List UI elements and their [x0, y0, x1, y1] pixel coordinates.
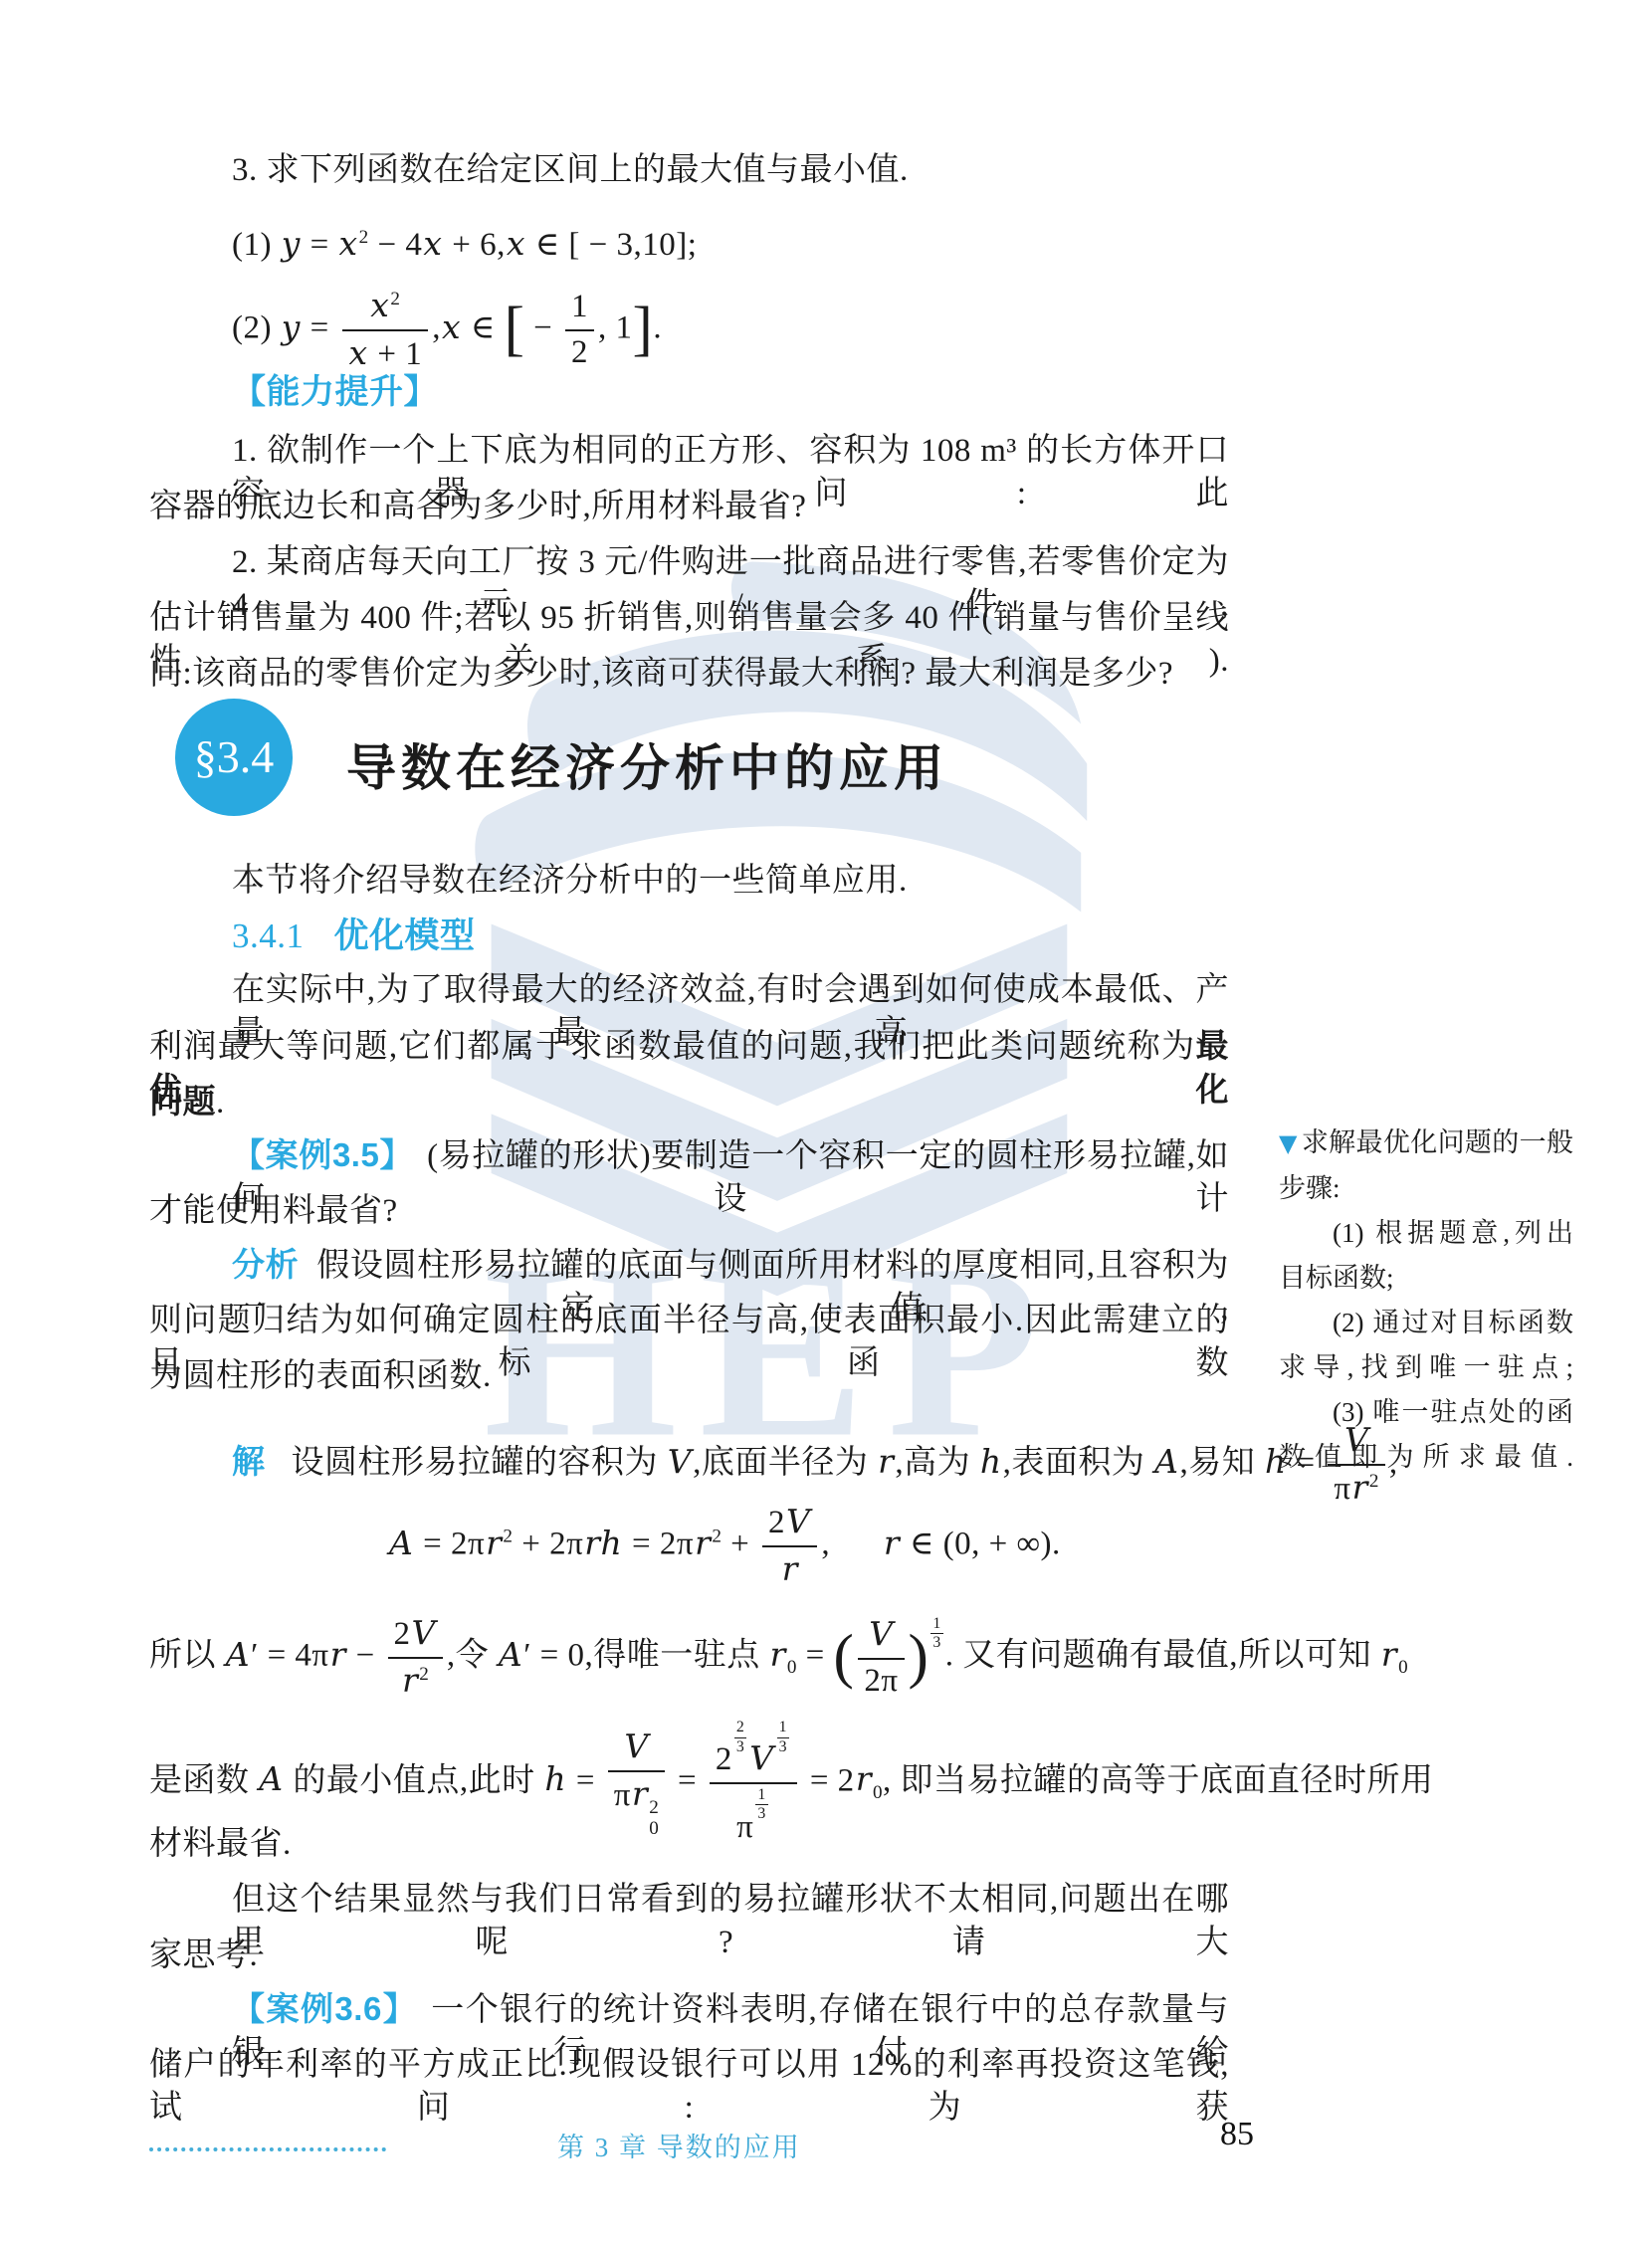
math-token: x2 — [342, 287, 429, 331]
case35-label: 【案例3.5】 — [232, 1136, 413, 1173]
math-token: − — [347, 1638, 384, 1674]
math-token: ( — [834, 1623, 855, 1690]
math-token: 2 — [565, 331, 594, 372]
math-token: ) — [909, 1623, 929, 1690]
math-token: = — [797, 1638, 834, 1674]
math-token: 2Vr2 — [388, 1614, 443, 1702]
math-token: 1 — [755, 1787, 767, 1806]
math-token: πr20 — [608, 1772, 666, 1839]
analysis-label: 分析 — [232, 1246, 299, 1283]
math-token: ′ = 4π — [251, 1638, 329, 1674]
math-token: 13 — [777, 1720, 789, 1755]
margin-note-line: (2) 通过对目标函数 — [1279, 1301, 1573, 1345]
math-token: 13 — [755, 1787, 767, 1823]
case35-line2: 才能使用料最省? — [149, 1190, 398, 1233]
math-token: A — [258, 1759, 284, 1798]
solution-formula-h: 设圆柱形易拉罐的容积为 V,底面半径为 r,高为 h,表面积为 A,易知 h =… — [292, 1445, 1398, 1481]
subsection-title: 优化模型 — [334, 917, 476, 955]
ability-problem2-line3: 问:该商品的零售价定为多少时,该商可获得最大利润? 最大利润是多少? — [149, 653, 1173, 696]
math-token: r2 — [388, 1659, 443, 1702]
math-token: . 又有问题确有最值,所以可知 — [945, 1638, 1380, 1674]
math-token: = — [567, 1762, 604, 1798]
margin-note-line: (3) 唯一驻点处的函 — [1279, 1390, 1573, 1435]
solution-line2: 所以 A′ = 4πr − 2Vr2,令 A′ = 0,得唯一驻点 r0 = (… — [149, 1614, 1408, 1702]
subsection-header: 3.4.1优化模型 — [232, 914, 476, 959]
math-token: ] — [633, 296, 654, 362]
math-token: ∈ — [462, 310, 504, 346]
footer-page-number: 85 — [1220, 2116, 1254, 2153]
para2-line2: 家思考. — [149, 1935, 258, 1977]
footer-dotted-leader — [149, 2147, 386, 2151]
problem3-equation-1: (1) y = x2 − 4x + 6,x ∈ [ − 3,10]; — [232, 223, 697, 267]
math-token: Vπr20 — [608, 1728, 666, 1839]
math-token: 的最小值点,此时 — [285, 1762, 544, 1798]
textbook-page: HEP 3. 求下列函数在给定区间上的最大值与最小值. (1) y = x2 −… — [0, 0, 1652, 2241]
math-token: + 1 — [369, 336, 423, 372]
subsection-number: 3.4.1 — [232, 917, 305, 955]
math-token: + — [722, 1527, 758, 1562]
footer-chapter-title: 第 3 章 导数的应用 — [557, 2126, 801, 2164]
math-token: V — [623, 1727, 649, 1765]
math-token: A — [498, 1635, 523, 1674]
math-token: 0 — [873, 1782, 883, 1803]
math-token: (1) — [232, 227, 281, 263]
ability-header: 【能力提升】 — [232, 370, 438, 414]
math-token: y — [281, 224, 302, 263]
para1-line3-tail: . — [216, 1085, 225, 1120]
math-token: 2 — [571, 334, 588, 370]
margin-note-line: 求导,找到唯一驻点; — [1279, 1345, 1573, 1390]
math-token: ′ = 0,得唯一驻点 — [523, 1638, 768, 1674]
section-number: §3.4 — [194, 731, 275, 782]
math-token: ∈ [ − 3,10]; — [526, 227, 697, 263]
math-token: 2 — [390, 289, 400, 309]
para1-line3: 问题. — [149, 1081, 225, 1124]
math-token: r — [769, 1635, 787, 1674]
margin-note: ▼求解最优化问题的一般 步骤: (1) 根据题意,列出 目标函数; (2) 通过… — [1279, 1120, 1573, 1480]
math-token: 2 — [716, 1741, 732, 1777]
math-token: x2x + 1 — [342, 287, 429, 374]
ability-problem1-line2: 容器的底边长和高各为多少时,所用材料最省? — [149, 486, 806, 528]
solution-display-equation: A = 2πr2 + 2πrh = 2πr2 + 2Vr,r ∈ (0, + ∞… — [388, 1503, 1061, 1590]
math-token: π — [614, 1777, 631, 1813]
triangle-marker-icon: ▼ — [1279, 1129, 1298, 1157]
math-token: 2 — [734, 1720, 746, 1738]
math-token: 2 — [419, 1664, 429, 1685]
math-token: 2V — [762, 1503, 817, 1547]
math-token: 2π — [858, 1660, 904, 1701]
solution-label: 解 — [232, 1443, 266, 1480]
math-token: r — [877, 1442, 895, 1481]
math-token: = 2 — [801, 1762, 855, 1798]
math-token: x — [369, 286, 390, 324]
section-title: 导数在经济分析中的应用 — [346, 728, 948, 800]
math-token: π — [736, 1809, 753, 1845]
margin-note-line: (1) 根据题意,列出 — [1279, 1211, 1573, 1256]
math-token: r — [883, 1524, 901, 1562]
math-token: . — [653, 310, 662, 346]
math-token: 13 — [930, 1616, 942, 1652]
math-token: 设圆柱形易拉罐的容积为 — [292, 1445, 667, 1481]
math-token: x — [338, 224, 359, 263]
math-token: 2 — [359, 227, 369, 248]
math-token: r — [1380, 1635, 1398, 1674]
solution-line1: 解设圆柱形易拉罐的容积为 V,底面半径为 r,高为 h,表面积为 A,易知 h … — [232, 1421, 1398, 1509]
math-token: V — [667, 1442, 693, 1481]
math-token: r — [329, 1635, 347, 1674]
problem3-equation-2: (2) y = x2x + 1,x ∈ [ − 12, 1]. — [232, 287, 662, 374]
content-layer: 3. 求下列函数在给定区间上的最大值与最小值. (1) y = x2 − 4x … — [0, 0, 1652, 2241]
margin-note-line: ▼求解最优化问题的一般 — [1279, 1120, 1573, 1166]
math-token: 是函数 — [149, 1762, 258, 1798]
math-token: r — [694, 1524, 712, 1562]
case36-line2: 储户的年利率的平方成正比.现假设银行可以用 12%的利率再投资这笔钱,试问:为获 — [149, 2044, 1229, 2130]
math-token: [ — [505, 296, 525, 362]
math-token: A — [1153, 1442, 1179, 1481]
math-token: ,底面半径为 — [693, 1445, 877, 1481]
math-token: , — [432, 310, 441, 346]
math-token: , 1 — [598, 310, 633, 346]
math-token: 2 — [394, 1616, 411, 1652]
solution-line3: 是函数 A 的最小值点,此时 h = Vπr20 = 223V13π13 = 2… — [149, 1720, 1434, 1847]
section-intro: 本节将介绍导数在经济分析中的一些简单应用. — [232, 860, 908, 903]
math-token: 1 — [565, 289, 594, 331]
math-token: ,易知 — [1179, 1445, 1264, 1481]
math-token: 223V13 — [710, 1720, 797, 1784]
math-token: r — [401, 1661, 419, 1700]
math-token: r — [762, 1547, 817, 1590]
para1-line2-text: 利润最大等问题,它们都属于求函数最值的问题,我们把此类问题统称为 — [149, 1029, 1196, 1065]
math-token: 2 — [503, 1527, 513, 1547]
math-token: 2 — [768, 1505, 785, 1540]
math-token: 3 — [777, 1738, 789, 1756]
math-token: , 即当易拉罐的高等于底面直径时所用 — [883, 1762, 1434, 1798]
math-token: V — [748, 1738, 774, 1777]
math-token: 2 — [649, 1798, 659, 1818]
math-token: r — [781, 1549, 799, 1588]
solution-line4: 材料最省. — [149, 1823, 292, 1866]
math-token: ,令 — [447, 1638, 498, 1674]
math-token: x — [422, 224, 443, 263]
math-token: = — [302, 310, 338, 346]
section-number-badge: §3.4 — [175, 699, 293, 816]
math-token: 1 — [930, 1616, 942, 1635]
math-token: 3 — [755, 1805, 767, 1823]
math-token: − 4 — [369, 227, 423, 263]
math-token: 23 — [734, 1720, 746, 1755]
math-token: ,高为 — [895, 1445, 979, 1481]
para1-line3-bold: 问题 — [149, 1083, 216, 1120]
math-token: V2π — [858, 1615, 904, 1701]
math-token: h — [979, 1442, 1003, 1481]
math-token: 2π — [864, 1663, 898, 1699]
math-token: = — [669, 1762, 706, 1798]
para1-line2: 利润最大等问题,它们都属于求函数最值的问题,我们把此类问题统称为最优化 — [149, 1025, 1229, 1113]
math-token: V — [858, 1615, 904, 1660]
math-token: 1 — [571, 289, 588, 324]
math-token: = 2π — [414, 1527, 485, 1562]
math-token: 所以 — [149, 1638, 225, 1674]
math-token: = — [302, 227, 338, 263]
math-token: (2) — [232, 310, 281, 346]
math-token: x — [441, 307, 462, 346]
math-token: 0 — [649, 1819, 659, 1839]
math-token: 2V — [388, 1614, 443, 1659]
math-token: ,表面积为 — [1003, 1445, 1154, 1481]
case36-label: 【案例3.6】 — [232, 1990, 417, 2027]
math-token: r — [631, 1774, 649, 1813]
math-token: ∈ (0, + ∞). — [901, 1527, 1061, 1562]
math-token: 3 — [930, 1634, 942, 1652]
math-token: , — [821, 1527, 830, 1562]
margin-note-line: 数值即为所求最值. — [1279, 1435, 1573, 1480]
math-token: 0 — [787, 1657, 797, 1678]
math-token: + 2π — [513, 1527, 583, 1562]
math-token: 1 — [777, 1720, 789, 1738]
analysis-line3: 为圆柱形的表面积函数. — [149, 1355, 492, 1398]
math-token: − — [524, 310, 561, 346]
math-token: V — [608, 1728, 666, 1772]
math-token: x — [348, 333, 369, 372]
margin-note-text-0: 求解最优化问题的一般 — [1302, 1127, 1573, 1157]
math-token: 0 — [1398, 1657, 1408, 1678]
math-token: 12 — [565, 289, 594, 372]
math-token: π13 — [710, 1784, 797, 1847]
math-token: 223V13π13 — [710, 1720, 797, 1847]
math-token: V — [868, 1614, 894, 1653]
para2-line1: 但这个结果显然与我们日常看到的易拉罐形状不太相同,问题出在哪里呢? 请大 — [232, 1879, 1229, 1964]
math-token: r — [485, 1524, 503, 1562]
problem3-title: 3. 求下列函数在给定区间上的最大值与最小值. — [232, 149, 909, 192]
math-token: rh — [583, 1524, 623, 1562]
math-token: A — [225, 1635, 251, 1674]
margin-note-line: 步骤: — [1279, 1166, 1573, 1211]
math-token: V — [411, 1613, 437, 1652]
math-token: h — [543, 1759, 567, 1798]
math-token: x — [506, 224, 526, 263]
math-token: 2 — [712, 1527, 722, 1547]
math-token: x + 1 — [342, 331, 429, 374]
margin-note-line: 目标函数; — [1279, 1256, 1573, 1301]
math-token: 2Vr — [762, 1503, 817, 1590]
math-token: 3 — [734, 1738, 746, 1756]
math-token: = 2π — [623, 1527, 694, 1562]
math-token: V — [785, 1502, 811, 1540]
math-token: 20 — [649, 1798, 659, 1838]
math-token: + 6, — [443, 227, 505, 263]
math-token: A — [388, 1524, 414, 1562]
math-token: r — [855, 1759, 873, 1798]
math-token: y — [281, 307, 302, 346]
